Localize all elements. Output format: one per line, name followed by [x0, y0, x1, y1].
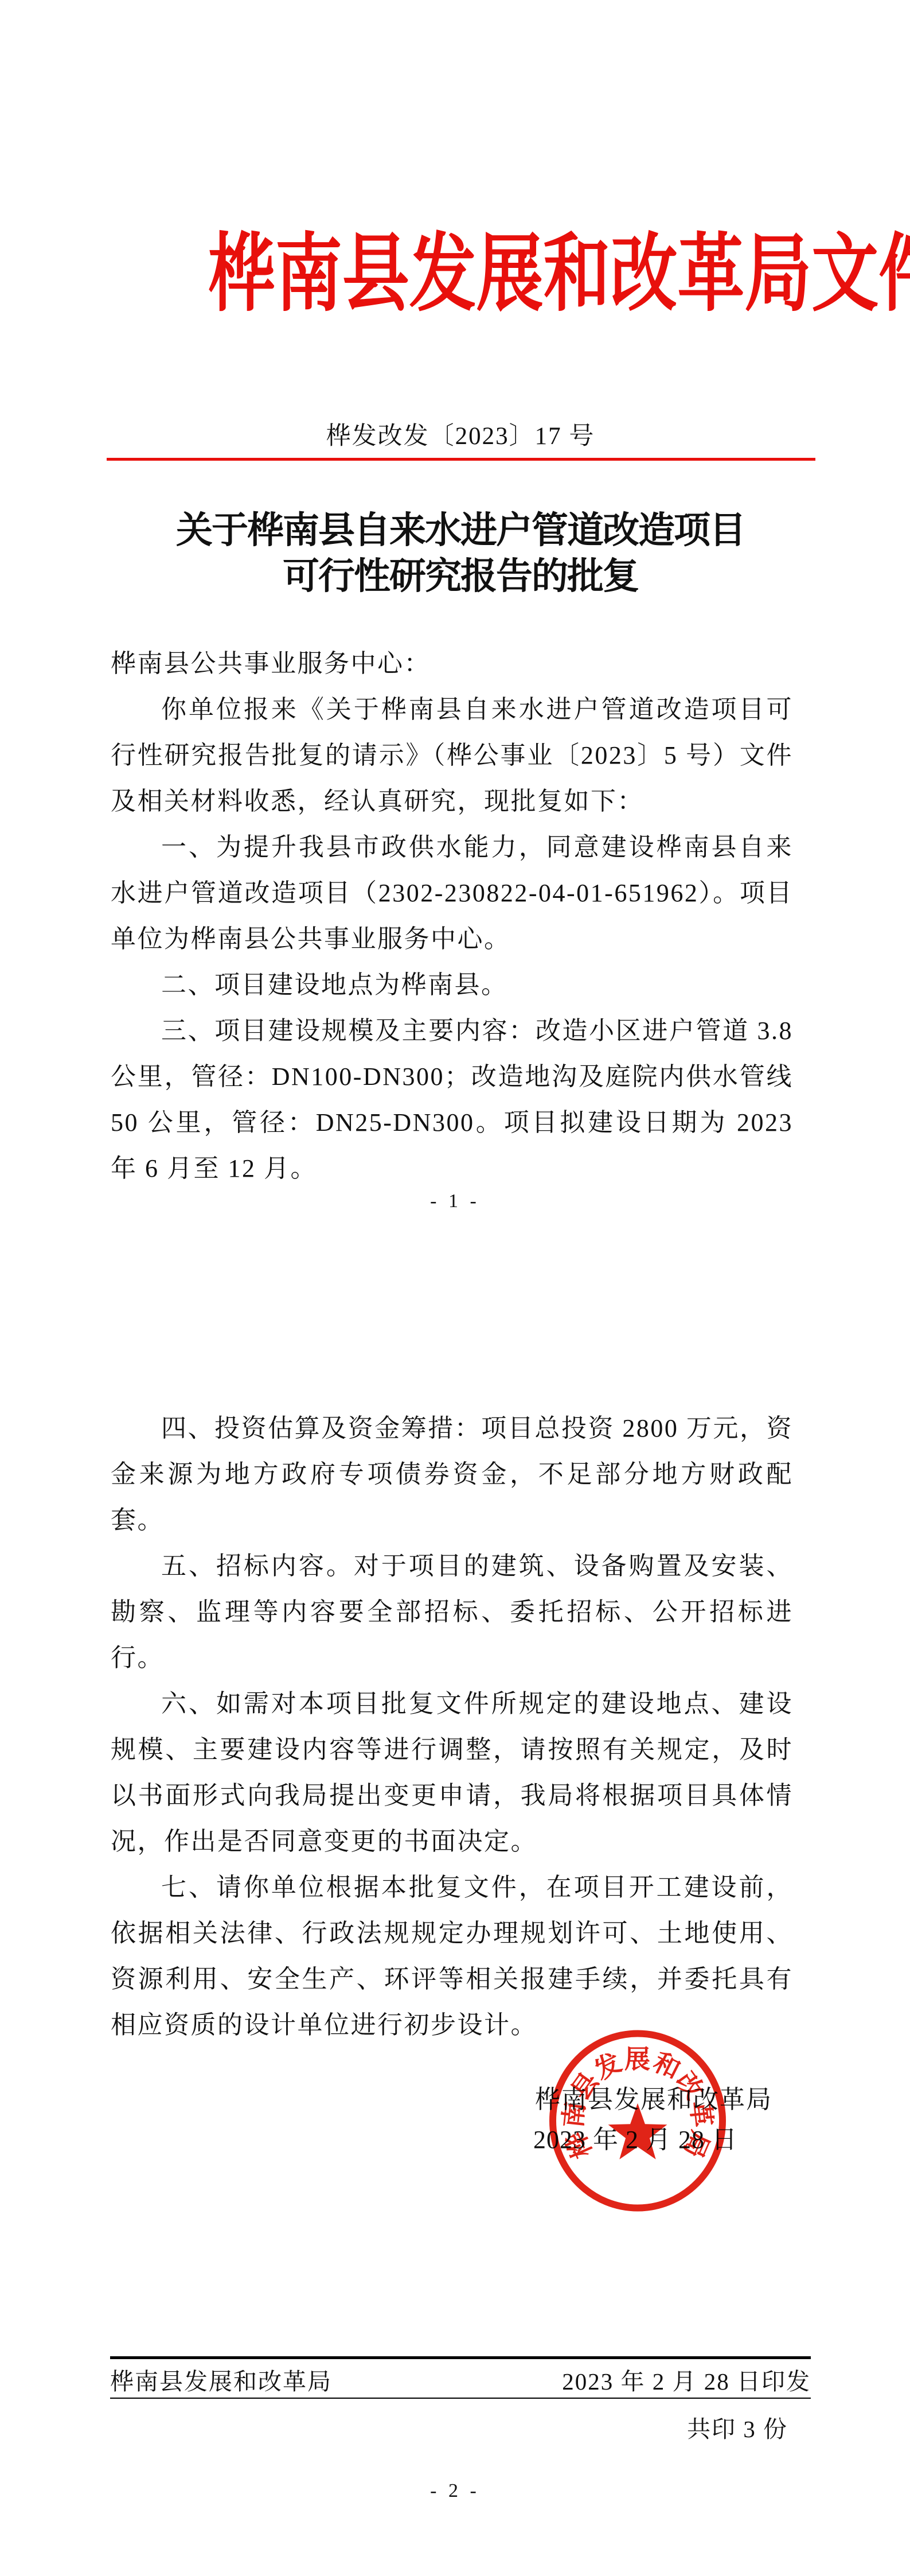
page-1-number: - 1 - [0, 1189, 910, 1214]
doc-number: 桦发改发〔2023〕17 号 [110, 419, 811, 454]
document-title-line-2: 可行性研究报告的批复 [110, 554, 811, 600]
body-paragraph: 二、项目建设地点为桦南县。 [111, 962, 793, 1008]
document-header-title: 桦南县发展和改革局文件 [110, 229, 811, 320]
page-2-number: - 2 - [0, 2478, 910, 2504]
body-paragraph: 一、为提升我县市政供水能力，同意建设桦南县自来水进户管道改造项目（2302-23… [111, 824, 793, 962]
body-paragraph: 你单位报来《关于桦南县自来水进户管道改造项目可行性研究报告批复的请示》（桦公事业… [111, 687, 793, 824]
document-title: 关于桦南县自来水进户管道改造项目 可行性研究报告的批复 [110, 508, 811, 600]
body-paragraph: 四、投资估算及资金筹措：项目总投资 2800 万元，资金来源为地方政府专项债券资… [111, 1406, 793, 1543]
document-title-line-1: 关于桦南县自来水进户管道改造项目 [110, 508, 811, 554]
footer-copies: 共印 3 份 [110, 2414, 788, 2444]
salutation: 桦南县公共事业服务中心： [111, 641, 793, 687]
body-paragraph: 五、招标内容。对于项目的建筑、设备购置及安装、勘察、监理等内容要全部招标、委托招… [111, 1543, 793, 1681]
official-stamp: 桦南县发展和改革局 [546, 2028, 729, 2219]
stamp-star-icon [608, 2103, 667, 2159]
body-paragraph: 七、请你单位根据本批复文件，在项目开工建设前，依据相关法律、行政法规规定办理规划… [111, 1865, 793, 2048]
body-paragraph: 三、项目建设规模及主要内容：改造小区进户管道 3.8 公里，管径：DN100-D… [111, 1008, 793, 1192]
body-page-1: 桦南县公共事业服务中心： 你单位报来《关于桦南县自来水进户管道改造项目可行性研究… [111, 641, 793, 1192]
footer-print-date: 2023 年 2 月 28 日印发 [562, 2367, 811, 2396]
footer-issuer: 桦南县发展和改革局 [110, 2367, 332, 2396]
document-header-title-text: 桦南县发展和改革局文件 [208, 229, 910, 320]
document-page: 桦南县发展和改革局文件 桦发改发〔2023〕17 号 关于桦南县自来水进户管道改… [0, 0, 910, 2576]
footer-separator-thin [110, 2398, 811, 2399]
footer-row: 桦南县发展和改革局 2023 年 2 月 28 日印发 [110, 2367, 811, 2396]
body-paragraph: 六、如需对本项目批复文件所规定的建设地点、建设规模、主要建设内容等进行调整，请按… [111, 1681, 793, 1865]
footer-separator-thick [110, 2356, 811, 2359]
body-page-2: 四、投资估算及资金筹措：项目总投资 2800 万元，资金来源为地方政府专项债券资… [111, 1406, 793, 2048]
red-separator-line [107, 458, 815, 461]
